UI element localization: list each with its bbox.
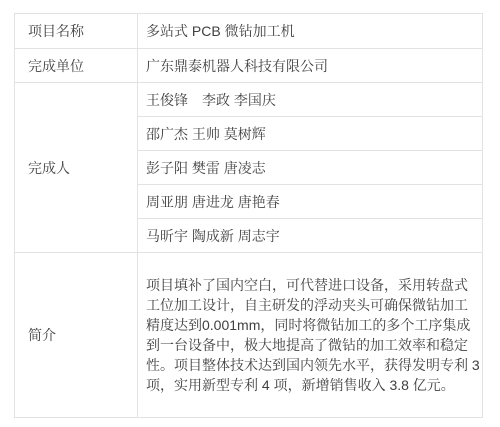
- project-name-label: 项目名称: [15, 14, 138, 49]
- table-row-unit: 完成单位 广东鼎泰机器人科技有限公司: [15, 49, 483, 83]
- page: 项目名称 多站式 PCB 微钻加工机 完成单位 广东鼎泰机器人科技有限公司 完成…: [0, 0, 500, 427]
- completing-unit-value: 广东鼎泰机器人科技有限公司: [138, 49, 483, 83]
- completers-label: 完成人: [15, 83, 138, 253]
- completers-group-4: 周亚朋 唐进龙 唐艳春: [138, 185, 483, 219]
- project-name-value: 多站式 PCB 微钻加工机: [138, 14, 483, 49]
- completing-unit-label: 完成单位: [15, 49, 138, 83]
- completers-group-2: 邵广杰 王帅 莫树辉: [138, 117, 483, 151]
- intro-text: 项目填补了国内空白，可代替进口设备，采用转盘式工位加工设计，自主研发的浮动夹头可…: [138, 253, 483, 418]
- table-row-intro: 简介 项目填补了国内空白，可代替进口设备，采用转盘式工位加工设计，自主研发的浮动…: [15, 253, 483, 418]
- intro-label: 简介: [15, 253, 138, 418]
- table-row-completers-1: 完成人 王俊锋 李政 李国庆: [15, 83, 483, 117]
- completers-group-3: 彭子阳 樊雷 唐凌志: [138, 151, 483, 185]
- completers-group-1: 王俊锋 李政 李国庆: [138, 83, 483, 117]
- table-row-project: 项目名称 多站式 PCB 微钻加工机: [15, 14, 483, 49]
- project-info-table: 项目名称 多站式 PCB 微钻加工机 完成单位 广东鼎泰机器人科技有限公司 完成…: [14, 13, 483, 418]
- completers-group-5: 马昕宇 陶成新 周志宇: [138, 219, 483, 253]
